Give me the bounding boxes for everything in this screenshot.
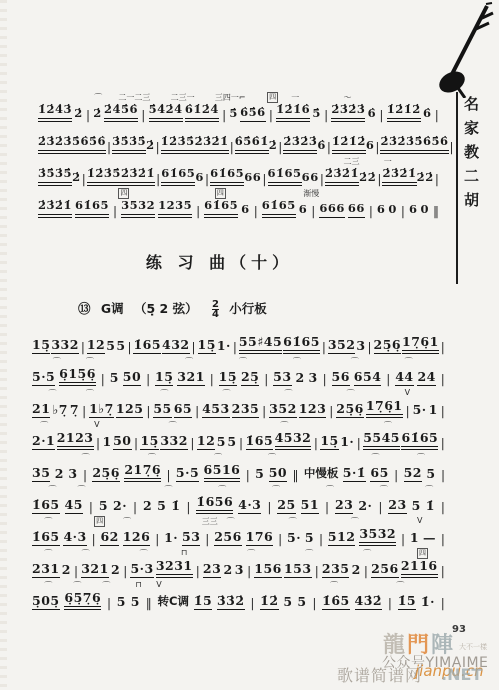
bar-line: |: [440, 532, 446, 546]
slur-mark: ⌒: [44, 548, 52, 559]
note-group: 1: [429, 402, 438, 418]
note-group: 2̇3̇2̇1̇: [121, 166, 155, 186]
note-group: 2: [352, 562, 361, 578]
bar-line: |: [356, 436, 362, 450]
site-watermark: 歌谱简谱网: [337, 663, 422, 686]
time-signature: 24: [212, 300, 219, 319]
note-group: 5̇: [312, 106, 321, 122]
meter-denominator: 4: [212, 310, 219, 319]
note-group: 35: [32, 465, 50, 482]
note-group: 3532: [359, 526, 396, 546]
note-group: 2·1: [32, 433, 55, 450]
note-group: 1̇65: [133, 337, 161, 354]
bar-line: |: [85, 108, 91, 122]
bar-line: |: [88, 500, 94, 514]
note-group: 6̣5̣7̣6̣: [64, 590, 101, 610]
note-group: 321: [81, 561, 109, 578]
slur-mark: ⌒: [396, 580, 404, 591]
slur-mark: ⌒: [214, 452, 222, 463]
notation-marks-row: ⌒四⌒三三⌒⌒⌒V: [32, 516, 446, 527]
slur-mark: ⌒: [160, 388, 168, 399]
fingering-annotation: 四: [118, 188, 129, 199]
bar-line: |: [311, 596, 317, 610]
bar-line: |: [440, 404, 446, 418]
note-group: 5545: [363, 430, 400, 450]
note-group: 2̇4̇5̇6̇: [104, 102, 138, 122]
note-group: 1·: [340, 434, 354, 450]
note-group: 5: [305, 530, 314, 546]
note-group: 1̇2̇1̇6̇: [276, 102, 310, 122]
fingering-annotation: 一: [291, 92, 299, 103]
note-group: 2̇: [269, 138, 278, 154]
bar-line: |: [377, 500, 383, 514]
slur-mark: ⌒: [330, 580, 338, 591]
note-group: 4532: [275, 430, 312, 450]
note-group: 21: [32, 401, 50, 418]
note-group: 3: [309, 370, 318, 386]
note-group: 1̇6̇5: [322, 593, 350, 610]
note-group: 61̇65: [262, 198, 296, 218]
bar-line: |: [268, 108, 274, 122]
note-group: 17̣6̣1: [402, 334, 439, 354]
note-group: 2123: [57, 430, 94, 450]
bar-line: |: [434, 172, 440, 186]
note-group: 23: [388, 497, 406, 514]
note-group: 5: [157, 498, 166, 514]
bar-line: |: [319, 172, 325, 186]
slur-mark: ⌒: [227, 516, 235, 527]
bar-line: |: [145, 372, 151, 386]
note-group: 50: [269, 465, 287, 482]
bar-line: |: [133, 436, 139, 450]
bar-line: |: [95, 436, 101, 450]
note-group: 1̇65: [32, 529, 60, 546]
bar-line: |: [253, 204, 259, 218]
note-group: 61̇65: [268, 166, 302, 186]
note-group: 2̇3̇2̇3̇: [283, 134, 317, 154]
note-group: 1̇65: [246, 433, 274, 450]
bar-line: |: [328, 404, 334, 418]
note-group: 61̇65: [161, 166, 195, 186]
note-group: 6̣15̣6̣: [59, 366, 96, 386]
note-group: 6: [244, 170, 253, 186]
bar-line: |: [154, 532, 160, 546]
note-group: 2̇: [72, 170, 81, 186]
notation-notes-row: 5·56̣15̣6̣|550|15̣321|15̣25̣|5323|56654|…: [32, 367, 446, 386]
note-group: 126: [123, 529, 151, 546]
note-group: 235: [232, 401, 260, 418]
note-group: 6: [409, 202, 418, 218]
bar-line: |: [324, 500, 330, 514]
note-group: 2·: [358, 498, 372, 514]
note-group: 6: [241, 202, 250, 218]
slur-mark: ⌒: [268, 452, 276, 463]
note-group: 23: [203, 561, 221, 578]
slur-mark: ⌒: [169, 420, 177, 431]
score-line: 2̇3̇2̇3̇5̇6̇5̇6̇|3̇5̇3̇5̇2̇|1̇2̇3̇5̇2̇3̇…: [38, 124, 440, 156]
note-group: 61̇65: [204, 198, 238, 218]
note-group: 12: [197, 433, 215, 450]
note-group: 23: [335, 497, 353, 514]
strings-tuning: （5̣ 2 弦）: [134, 301, 198, 316]
double-bar-line: ‖: [432, 204, 440, 218]
note-group: 332: [51, 337, 79, 354]
score-line: ⌒二一二三二三一三四一⌐四一〜1̇2̇4̇3̇2̇|2̇2̇4̇5̇6̇|5̇4…: [38, 92, 440, 124]
fingering-annotation: 四: [94, 516, 105, 527]
note-group: 6̇1̇2̇4̇: [185, 102, 219, 122]
bar-line: |: [367, 340, 373, 354]
slur-mark: ⌒: [351, 356, 359, 367]
slur-mark: ⌒: [44, 516, 52, 527]
slur-mark: ⌒: [185, 356, 193, 367]
notation-notes-row: 3̇5̇3̇5̇2̇|1̇2̇3̇5̇2̇3̇2̇1̇|61̇656|61̇65…: [38, 167, 440, 186]
note-group: 352: [269, 401, 297, 418]
bar-line: |: [204, 532, 210, 546]
note-group: 25̣: [241, 369, 259, 386]
slur-mark: ⌒: [49, 484, 57, 495]
note-group: 2̇: [93, 106, 102, 122]
slur-mark: ⌒: [363, 548, 371, 559]
erhu-illustration: [437, 2, 497, 98]
notation-marks-row: [32, 324, 446, 335]
note-group: 2̇: [368, 170, 377, 186]
note-group: 6: [302, 170, 311, 186]
slur-mark: ⌒: [293, 356, 301, 367]
score-line: 15̣332|1255|1̇65432|15̣1·|55♯4561̇65|352…: [32, 324, 446, 356]
fingering-annotation: 三四一⌐: [215, 92, 246, 103]
note-group: 2̇3̇2̇3̇: [38, 134, 72, 154]
note-group: 4·3: [63, 529, 86, 546]
note-group: 5̇4̇2̇4̇: [149, 102, 183, 122]
score-line: ⌒四⌒三三⌒⌒⌒V1̇654·3|62126|1·53|256176|5·5|5…: [32, 516, 446, 548]
fingering-annotation: 〜: [344, 92, 352, 103]
bar-line: |: [378, 108, 384, 122]
slur-mark: ⌒: [53, 356, 61, 367]
slur-mark: ⌒: [73, 580, 81, 591]
note-group: 6: [310, 170, 319, 186]
note-group: 1235: [158, 198, 192, 218]
note-group: 6: [195, 170, 204, 186]
inline-tempo-text: 转C调: [158, 594, 189, 610]
note-group: 2: [62, 562, 71, 578]
note-group: 5·: [413, 402, 427, 418]
bar-line: |: [440, 372, 446, 386]
score-line: ⌒⌒⌒⌒⌒⌒V21♭7̣7̣|1♭7̣125|5565|453235|35212…: [32, 388, 446, 420]
note-group: 1·: [217, 338, 231, 354]
slur-mark: ⌒: [86, 356, 94, 367]
note-group: 15̣: [32, 337, 50, 354]
bar-line: |: [100, 372, 106, 386]
note-group: 2: [111, 562, 120, 578]
notation-notes-row: 1̇6545|52·|251̇|1̇6564·3|2551|232·|2351̇…: [32, 495, 446, 514]
fingering-annotation: 二一二三: [118, 92, 150, 103]
bar-line: |: [313, 436, 319, 450]
etude-title: 练 习 曲（十）: [0, 250, 439, 273]
notation-marks-row: 二三一: [38, 156, 440, 167]
bar-line: |: [440, 500, 446, 514]
bar-line: |: [195, 564, 201, 578]
up-bow-mark: V: [94, 420, 99, 429]
note-group: 5: [131, 594, 140, 610]
bar-line: |: [81, 404, 87, 418]
note-group: 512: [328, 529, 356, 546]
slur-mark: ⌒: [371, 452, 379, 463]
note-group: 6: [377, 202, 386, 218]
note-group: 12: [87, 337, 105, 354]
slur-mark: ⌒: [123, 516, 131, 527]
score-line: ⌒⌒⌒⌒⌒⌒3523|25̣6̣217̣6̣|5·56516|550‖中慢板5·…: [32, 452, 446, 484]
note-group: 5: [117, 594, 126, 610]
note-group: 5·: [287, 530, 301, 546]
slur-mark: ⌒: [94, 92, 102, 103]
bar-line: |: [440, 564, 446, 578]
slur-mark: ⌒: [49, 388, 57, 399]
slur-mark: ⌒: [218, 484, 226, 495]
slur-mark: ⌒: [417, 452, 425, 463]
note-group: 2·: [113, 498, 127, 514]
etude-notation: 15̣332|1255|1̇65432|15̣1·|55♯4561̇65|352…: [32, 324, 446, 612]
slur-mark: ⌒: [289, 516, 297, 527]
bar-line: |: [277, 532, 283, 546]
note-group: 61̇65: [401, 430, 438, 450]
note-group: 3̇3̇2̇: [217, 593, 245, 610]
note-group: 5: [116, 338, 125, 354]
slur-mark: ⌒: [44, 580, 52, 591]
note-group: 256: [371, 561, 399, 578]
key-name: G调: [101, 301, 124, 316]
slur-mark: ⌒: [347, 388, 355, 399]
note-group: 43̇2̇: [355, 593, 383, 610]
score-line: ⌒⌒⌒⊓⌒⌒⌒四2312|3212|5·33231|2323|156153|23…: [32, 548, 446, 580]
note-group: 5·1̇: [343, 465, 366, 482]
score-line: 二三一3̇5̇3̇5̇2̇|1̇2̇3̇5̇2̇3̇2̇1̇|61̇656|61…: [38, 156, 440, 188]
notation-notes-row: 3523|25̣6̣217̣6̣|5·56516|550‖中慢板5·1̇65|5…: [32, 463, 446, 482]
note-group: 45: [65, 497, 83, 514]
note-group: 25̣6̣: [336, 401, 364, 418]
note-group: 7̣: [70, 402, 79, 418]
score-line: ⌒V⌒⌒⌒2·12123|150|15̣332|1255|1̇654532|15…: [32, 420, 446, 452]
previous-etude-notation: ⌒二一二三二三一三四一⌐四一〜1̇2̇4̇3̇2̇|2̇2̇4̇5̇6̇|5̇4…: [38, 92, 440, 220]
note-group: 61̇65: [283, 334, 320, 354]
bar-line: |: [385, 372, 391, 386]
bar-line: |: [318, 532, 324, 546]
bar-line: |: [440, 436, 446, 450]
note-group: 15̣: [140, 433, 158, 450]
note-group: 2̇: [359, 170, 368, 186]
note-group: 6̇: [423, 106, 432, 122]
note-group: 2: [295, 370, 304, 386]
notation-notes-row: 21♭7̣7̣|1♭7̣125|5565|453235|352123|25̣6̣…: [32, 399, 446, 418]
notation-notes-row: 2̇3̇2̇1̇61̇65|35321235|61̇656|61̇656|666…: [38, 199, 440, 218]
bar-line: |: [405, 404, 411, 418]
note-group: 55♯45: [239, 334, 282, 354]
note-group: 1̇2̇4̇3̇: [38, 102, 72, 122]
slur-mark: ⌒: [326, 484, 334, 495]
slur-mark: ⌒: [86, 388, 94, 399]
slur-mark: ⌒: [351, 516, 359, 527]
note-group: 5: [110, 370, 119, 386]
note-group: 6̇5̇6̇: [240, 105, 266, 122]
slur-mark: ⌒: [239, 356, 247, 367]
note-group: 1̇: [426, 498, 435, 514]
sheet-music-page: 名家教二胡 ⌒二一二三二三一三四一⌐四一〜1̇2̇4̇3̇2̇|2̇2̇4̇5̇…: [0, 0, 499, 690]
bar-line: |: [376, 172, 382, 186]
bar-line: |: [221, 108, 227, 122]
note-group: 65: [174, 401, 192, 418]
note-group: 352: [328, 337, 356, 354]
series-vertical-title: 名家教二胡: [461, 96, 482, 216]
slur-mark: ⌒: [425, 484, 433, 495]
note-group: 217̣6̣: [124, 462, 161, 482]
note-group: 61̇65: [210, 166, 244, 186]
bar-line: |: [266, 500, 272, 514]
note-group: 1: [102, 434, 111, 450]
note-group: 2: [143, 498, 152, 514]
note-group: 1̇656: [196, 494, 233, 514]
down-bow-mark: ⊓: [136, 580, 142, 589]
bar-line: |: [145, 404, 151, 418]
double-bar-line: ‖: [145, 596, 153, 610]
note-group: 1̇·: [421, 594, 435, 610]
note-group: 1̇2̇1̇2̇: [387, 102, 421, 122]
note-group: 5: [227, 434, 236, 450]
bar-line: |: [126, 340, 132, 354]
notation-marks-row: ⌒⌒⌒⌒⌒⌒V: [32, 388, 446, 399]
notation-notes-row: 15̣332|1255|1̇65432|15̣1·|55♯4561̇65|352…: [32, 335, 446, 354]
note-group: 17̣6̣1: [366, 398, 403, 418]
note-group: 5: [426, 466, 435, 482]
note-group: 1̇: [171, 498, 180, 514]
note-group: 51: [301, 497, 319, 514]
note-group: 5̇6̇5̇6̇: [414, 134, 448, 154]
note-group: 53: [182, 529, 200, 546]
note-group: 50: [123, 369, 141, 386]
note-group: 5: [283, 594, 292, 610]
fingering-annotation: 三三: [202, 516, 218, 527]
bar-line: |: [363, 564, 369, 578]
bar-line: |: [263, 372, 269, 386]
bar-line: |: [440, 340, 446, 354]
note-group: 53: [273, 369, 291, 386]
bar-line: |: [387, 596, 393, 610]
note-group: 666: [319, 201, 345, 218]
note-group: 2̇3̇2̇3̇: [331, 102, 365, 122]
bar-line: |: [112, 204, 118, 218]
note-group: 3532: [121, 198, 155, 218]
note-group: 5: [217, 434, 226, 450]
note-group: 5: [255, 466, 264, 482]
slur-mark: ⌒: [40, 420, 48, 431]
bar-line: |: [91, 532, 97, 546]
notation-notes-row: 1̇2̇4̇3̇2̇|2̇2̇4̇5̇6̇|5̇4̇2̇4̇6̇1̇2̇4̇|5…: [38, 103, 440, 122]
note-group: 1̇2̇: [260, 593, 278, 610]
bar-line: |: [73, 564, 79, 578]
note-group: 25: [277, 497, 295, 514]
note-group: 5̇: [229, 106, 238, 122]
slur-mark: ⌒: [405, 356, 413, 367]
note-group: 2̇3̇2̇1̇: [325, 166, 359, 186]
slur-mark: ⌒: [164, 484, 172, 495]
note-group: 176: [246, 529, 274, 546]
sidebar-rule: [456, 92, 458, 284]
note-group: 231: [32, 561, 60, 578]
note-group: 3: [68, 466, 77, 482]
note-group: 15̣: [219, 369, 237, 386]
note-group: —: [423, 530, 436, 546]
slur-mark: ⌒: [380, 484, 388, 495]
note-group: 1̇5: [398, 593, 416, 610]
note-group: 3231: [156, 558, 193, 578]
bar-line: |: [368, 204, 374, 218]
notation-notes-row: 2·12123|150|15̣332|1255|1̇654532|15̣1·|5…: [32, 431, 446, 450]
bar-line: |: [81, 172, 87, 186]
note-group: 153: [284, 561, 312, 578]
bar-line: |: [185, 500, 191, 514]
note-group: 2̇3̇2̇1̇: [382, 166, 416, 186]
bar-line: |: [314, 564, 320, 578]
note-group: 2̇: [425, 170, 434, 186]
note-group: 321: [177, 369, 205, 386]
slur-mark: ⌒: [285, 388, 293, 399]
note-group: 50: [113, 433, 131, 450]
note-group: 1: [410, 530, 419, 546]
note-group: 5: [106, 338, 115, 354]
note-group: 3̇5̇3̇5̇: [112, 134, 146, 154]
note-group: 6̇: [368, 106, 377, 122]
note-group: 453: [202, 401, 230, 418]
note-group: 62: [100, 529, 118, 546]
bar-line: |: [204, 172, 210, 186]
notation-marks-row: ⌒⌒⌒⌒⌒⌒⌒⌒: [32, 484, 446, 495]
note-group: 6̇5̇6̇1̇: [235, 134, 269, 154]
notation-marks-row: ⌒二一二三二三一三四一⌐四一〜: [38, 92, 440, 103]
notation-marks-row: ⌒⌒⌒⌒⌒⌒⌒: [32, 356, 446, 367]
slur-mark: ⌒: [272, 484, 280, 495]
slur-mark: ⌒: [140, 548, 148, 559]
notation-marks-row: ⌒⌒⌒⊓V⌒⌒: [32, 580, 446, 591]
bar-line: |: [194, 404, 200, 418]
note-group: 2̇: [146, 138, 155, 154]
bar-line: |: [246, 564, 252, 578]
score-line: 四四渐慢2̇3̇2̇1̇61̇65|35321235|61̇656|61̇656…: [38, 188, 440, 220]
bar-line: |: [310, 204, 316, 218]
bar-line: |: [155, 172, 161, 186]
bar-line: |: [449, 140, 455, 154]
bar-line: |: [440, 468, 446, 482]
note-group: 1̇2̇1̇2̇: [332, 134, 366, 154]
note-group: 6: [366, 138, 375, 154]
bar-line: |: [400, 204, 406, 218]
bar-line: |: [434, 108, 440, 122]
note-group: 2̇3̇2̇1̇: [195, 134, 229, 154]
note-group: 5·3: [130, 561, 153, 578]
bar-line: |: [238, 436, 244, 450]
bar-line: |: [249, 596, 255, 610]
bar-line: |: [321, 340, 327, 354]
note-group: 256: [214, 529, 242, 546]
note-group: 1·: [164, 530, 178, 546]
notation-notes-row: 5̣05̣6̣5̣7̣6̣|55‖转C调1̇53̇3̇2̇|1̇2̇55|1̇6…: [32, 591, 446, 610]
logo-tagline: 大不一樣: [459, 643, 493, 651]
key-signature-line: ⑬ G调 （5̣ 2 弦） 24 小行板: [78, 299, 273, 319]
bar-line: |: [132, 500, 138, 514]
notation-marks-row: 四四渐慢: [38, 188, 440, 199]
note-group: 2̇3̇2̇1̇: [38, 198, 72, 218]
up-bow-mark: V: [156, 580, 161, 589]
note-group: 2̇: [74, 106, 83, 122]
note-group: 1̇65: [32, 497, 60, 514]
double-bar-line: ‖: [292, 468, 300, 482]
